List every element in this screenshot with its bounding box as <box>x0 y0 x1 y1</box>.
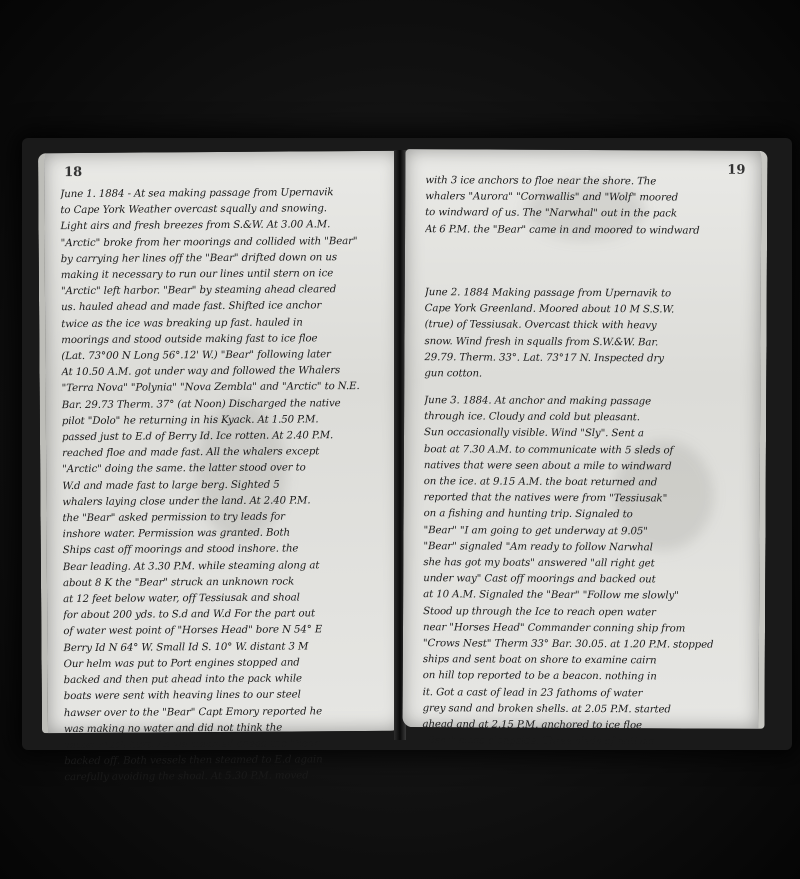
handwritten-line: "Bear" close alongside. Three sleds of n… <box>422 733 744 751</box>
handwritten-line: "Arctic" broke from her moorings and col… <box>61 233 389 251</box>
handwritten-line: on the ice. at 9.15 A.M. the boat return… <box>424 474 746 492</box>
handwritten-line: through ice. Cloudy and cold but pleasan… <box>424 409 746 427</box>
handwritten-line: Sun occasionally visible. Wind "Sly". Se… <box>424 426 746 444</box>
handwritten-line: carefully avoiding the shoal. At 5.30 P.… <box>64 768 392 786</box>
page-number: 18 <box>64 165 82 180</box>
handwritten-line: June 2. 1884 Making passage from Upernav… <box>425 285 745 303</box>
handwritten-line: At 6 P.M. the "Bear" came in and moored … <box>425 222 745 240</box>
handwritten-line: it. Got a cast of lead in 23 fathoms of … <box>423 685 745 703</box>
handwritten-line: natives that were seen about a mile to w… <box>424 458 746 476</box>
handwritten-line: "Bear" signaled "Am ready to follow Narw… <box>423 539 745 557</box>
handwritten-line: on hill top reported to be a beacon. not… <box>423 669 745 687</box>
log-entry-june-1: June 1. 1884 - At sea making passage fro… <box>60 185 392 787</box>
handwritten-line: she has got my boats" answered "all righ… <box>423 555 745 573</box>
handwritten-line: to windward of us. The "Narwhal" out in … <box>425 206 745 224</box>
handwritten-line: "Terra Nova" "Polynia" "Nova Zembla" and… <box>62 379 390 397</box>
log-entry-june-1-continued: with 3 ice anchors to floe near the shor… <box>425 173 745 239</box>
handwritten-line: Stood up through the Ice to reach open w… <box>423 604 745 622</box>
handwritten-line: under way" Cast off moorings and backed … <box>423 571 745 589</box>
handwritten-line: 29.79. Therm. 33°. Lat. 73°17 N. Inspect… <box>424 350 744 368</box>
handwritten-line: ships and sent boat on shore to examine … <box>423 652 745 670</box>
handwritten-line: grey sand and broken shells. at 2.05 P.M… <box>423 701 745 719</box>
log-entry-june-3: June 3. 1884. At anchor and making passa… <box>422 393 746 751</box>
handwritten-line: on a fishing and hunting trip. Signaled … <box>424 507 746 525</box>
right-page: 19 with 3 ice anchors to floe near the s… <box>402 149 767 729</box>
left-page: 18 June 1. 1884 - At sea making passage … <box>38 151 404 734</box>
handwritten-line: "Bear" "I am going to get underway at 9.… <box>423 523 745 541</box>
handwritten-line: reported that the natives were from "Tes… <box>424 490 746 508</box>
handwritten-line: near "Horses Head" Commander conning shi… <box>423 620 745 638</box>
handwritten-line: June 3. 1884. At anchor and making passa… <box>424 393 746 411</box>
handwritten-line: Cape York Greenland. Moored about 10 M S… <box>425 301 745 319</box>
handwritten-line: ahead and at 2.15 P.M. anchored to ice f… <box>422 717 744 735</box>
handwritten-line: (true) of Tessiusak. Overcast thick with… <box>425 318 745 336</box>
handwritten-line: boat at 7.30 A.M. to communicate with 5 … <box>424 442 746 460</box>
handwritten-line: with 3 ice anchors to floe near the shor… <box>425 173 745 191</box>
handwritten-line: snow. Wind fresh in squalls from S.W.&W.… <box>424 334 744 352</box>
log-entry-june-2: June 2. 1884 Making passage from Upernav… <box>424 285 745 384</box>
handwritten-line: Bar. 29.73 Therm. 37° (at Noon) Discharg… <box>62 395 390 413</box>
handwritten-line: gun cotton. <box>424 366 744 384</box>
handwritten-line: at 10 A.M. Signaled the "Bear" "Follow m… <box>423 588 745 606</box>
handwritten-line: whalers "Aurora" "Cornwallis" and "Wolf"… <box>425 189 745 207</box>
handwritten-line: "Crows Nest" Therm 33° Bar. 30.05. at 1.… <box>423 636 745 654</box>
